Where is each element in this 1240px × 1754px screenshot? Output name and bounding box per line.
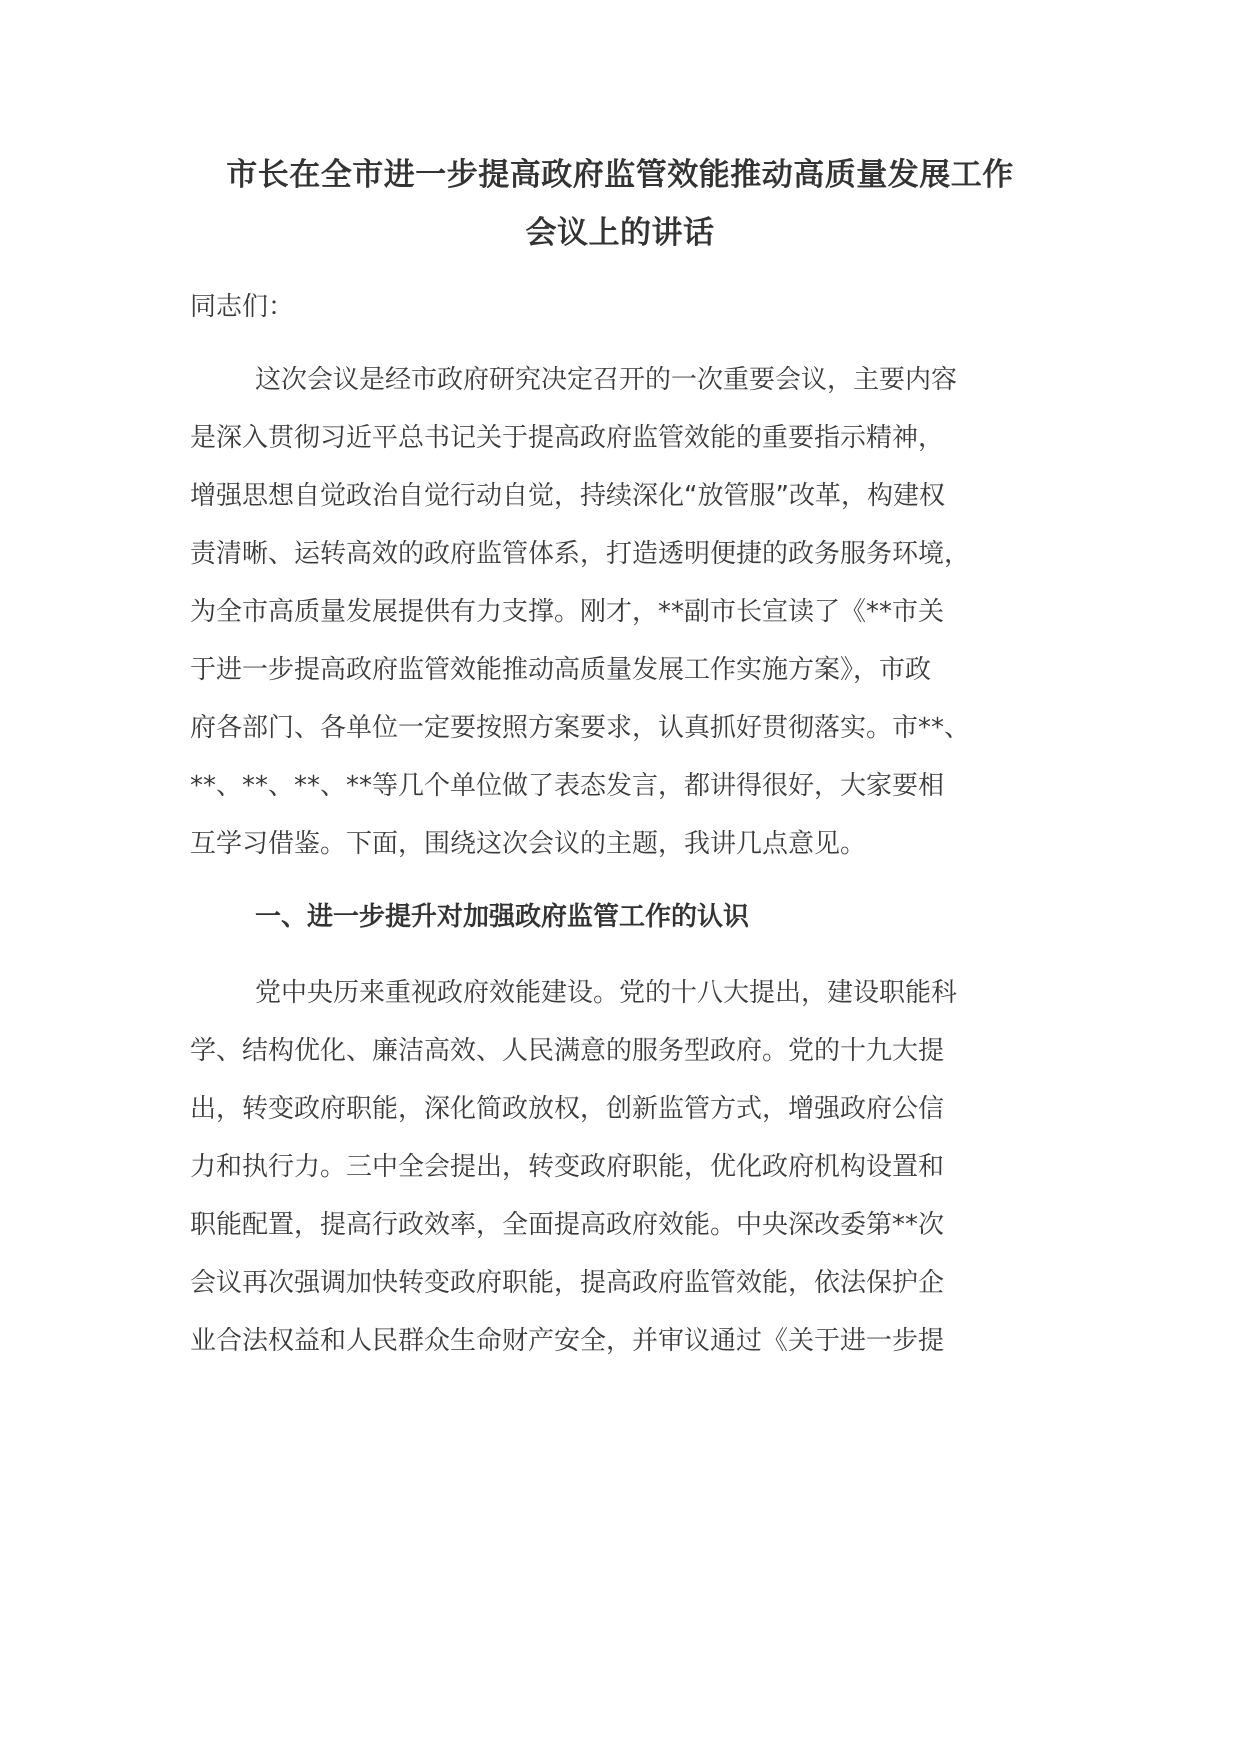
document-title-line-2: 会议上的讲话 xyxy=(0,213,1240,253)
paragraph-line: 责清晰、运转高效的政府监管体系，打造透明便捷的政务服务环境， xyxy=(190,536,970,572)
document-title-line-1: 市长在全市进一步提高政府监管效能推动高质量发展工作 xyxy=(0,155,1240,195)
paragraph-line: 力和执行力。三中全会提出，转变政府职能，优化政府机构设置和 xyxy=(190,1149,944,1185)
paragraph-line: 职能配置，提高行政效率，全面提高政府效能。中央深改委第**次 xyxy=(190,1207,944,1243)
paragraph-line: 这次会议是经市政府研究决定召开的一次重要会议，主要内容 xyxy=(255,362,957,398)
paragraph-line: **、**、**、**等几个单位做了表态发言，都讲得很好，大家要相 xyxy=(190,768,944,804)
salutation: 同志们： xyxy=(190,289,294,325)
paragraph-line: 增强思想自觉政治自觉行动自觉，持续深化“放管服”改革，构建权 xyxy=(190,478,945,514)
paragraph-line: 是深入贯彻习近平总书记关于提高政府监管效能的重要指示精神， xyxy=(190,420,944,456)
document-page: 市长在全市进一步提高政府监管效能推动高质量发展工作 会议上的讲话 同志们： 这次… xyxy=(0,0,1240,1754)
paragraph-line: 学、结构优化、廉洁高效、人民满意的服务型政府。党的十九大提 xyxy=(190,1033,944,1069)
paragraph-line: 府各部门、各单位一定要按照方案要求，认真抓好贯彻落实。市**、 xyxy=(190,710,970,746)
section-heading-1: 一、进一步提升对加强政府监管工作的认识 xyxy=(255,899,749,935)
paragraph-line: 党中央历来重视政府效能建设。党的十八大提出，建设职能科 xyxy=(255,975,957,1011)
paragraph-line: 互学习借鉴。下面，围绕这次会议的主题，我讲几点意见。 xyxy=(190,826,866,862)
paragraph-line: 于进一步提高政府监管效能推动高质量发展工作实施方案》，市政 xyxy=(190,652,931,688)
paragraph-line: 业合法权益和人民群众生命财产安全，并审议通过《关于进一步提 xyxy=(190,1323,944,1359)
paragraph-line: 为全市高质量发展提供有力支撑。刚才，**副市长宣读了《**市关 xyxy=(190,594,944,630)
paragraph-line: 会议再次强调加快转变政府职能，提高政府监管效能，依法保护企 xyxy=(190,1265,944,1301)
paragraph-line: 出，转变政府职能，深化简政放权，创新监管方式，增强政府公信 xyxy=(190,1091,944,1127)
